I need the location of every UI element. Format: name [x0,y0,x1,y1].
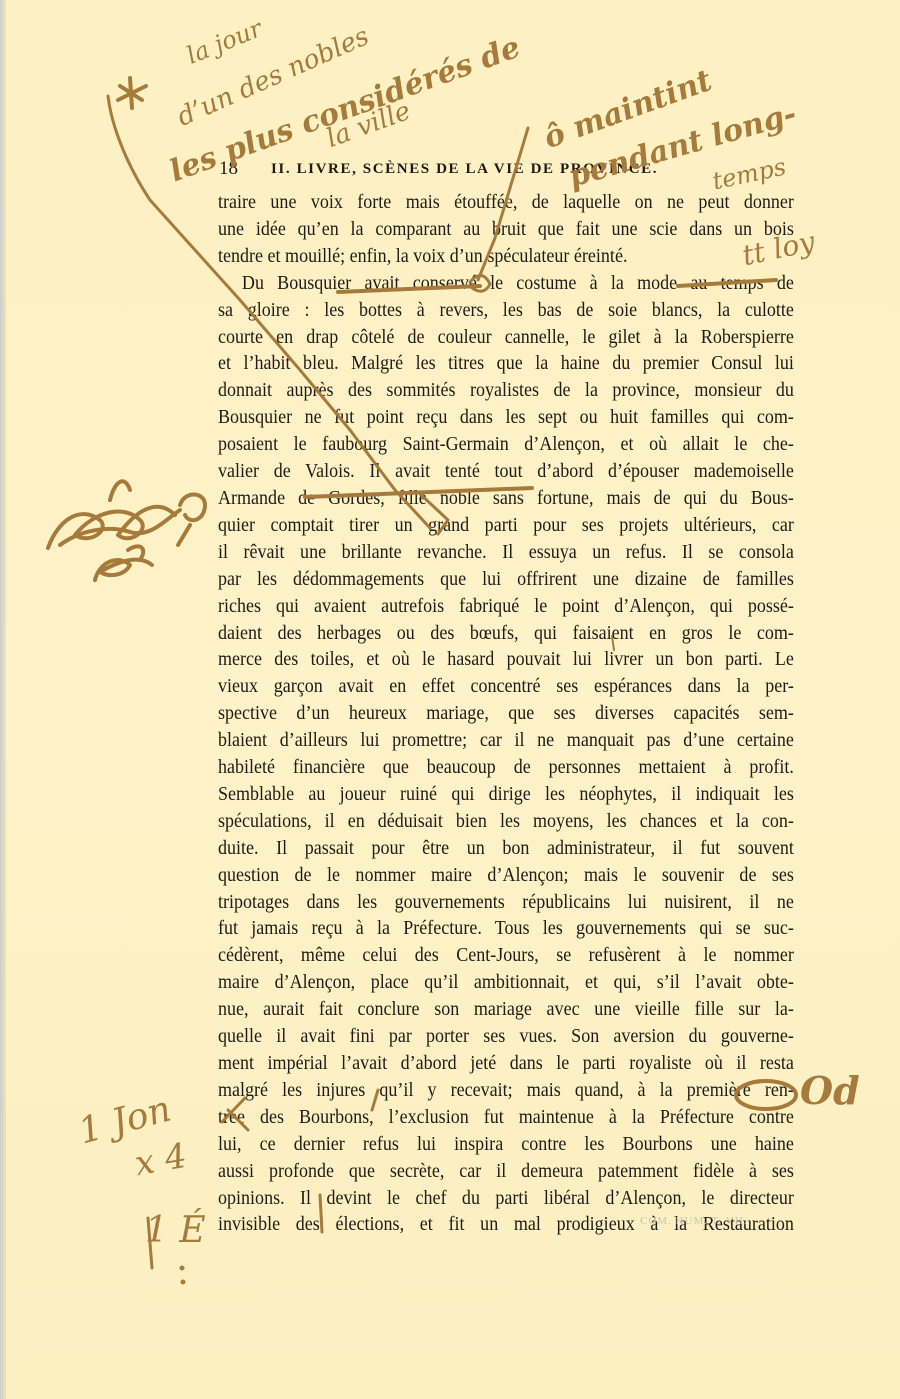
insertion-arrow [418,492,448,534]
caret-mark-le [612,636,614,650]
insertion-line [108,96,430,528]
caret-mark-exclusion [372,1090,378,1110]
caret-mark-elections [320,1195,322,1232]
caret-mark-lui [222,1098,248,1130]
deletion-scribble-icon [48,481,205,580]
strike-fille-noble [305,488,532,497]
strike-au-temps [678,280,776,286]
annotation-stroke [148,1218,152,1268]
ink-marks [0,0,900,1399]
circle-contre [736,1081,796,1109]
asterisk-mark-icon [118,78,146,108]
caret-line-top [478,128,528,280]
strike-avait-conserve [338,286,480,292]
